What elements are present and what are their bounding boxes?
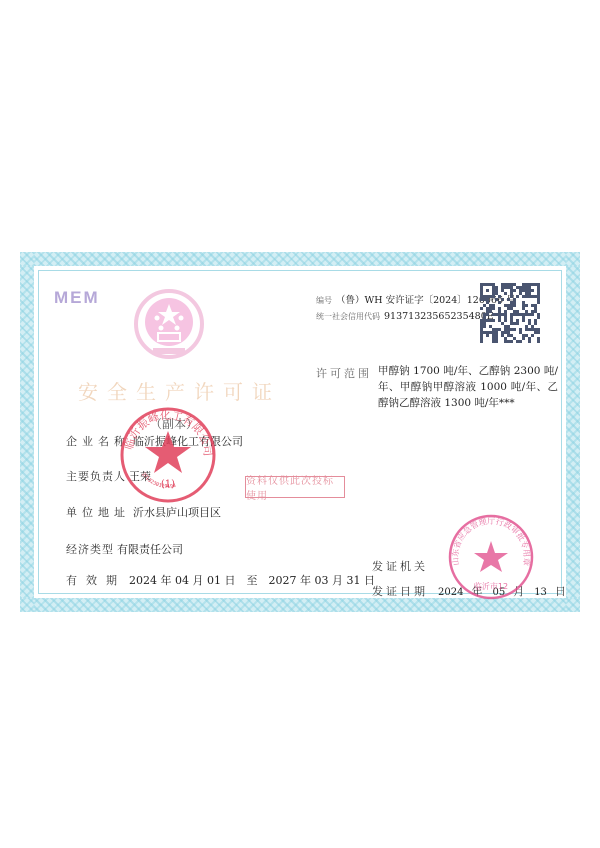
issuer-label: 发证机关 <box>372 558 428 574</box>
valid-to-separator: 至 <box>246 572 257 588</box>
brand-mark: MEM <box>54 288 100 308</box>
valid-from: 2024 年 04 月 01 日 <box>129 572 235 588</box>
valid-to: 2027 年 03 月 31 日 <box>268 572 374 588</box>
company-name-label: 企业名称 <box>66 433 130 449</box>
qr-code <box>480 282 540 344</box>
principal-label: 主要负责人 <box>66 468 126 484</box>
principal-row: 主要负责人 王荣 <box>66 468 151 484</box>
issue-year-unit: 年 <box>471 583 482 599</box>
address-row: 单位地址 沂水县庐山项目区 <box>66 504 221 520</box>
scope-text: 甲醇钠 1700 吨/年、乙醇钠 2300 吨/年、甲醇钠甲醇溶液 1000 吨… <box>378 363 558 411</box>
company-name-row: 企业名称 临沂振峰化工有限公司 <box>66 433 243 449</box>
validity-label: 有效期 <box>66 572 126 588</box>
certificate-number-label: 编号 <box>316 295 332 306</box>
certificate-title: 安全生产许可证 <box>78 376 281 405</box>
validity-row: 有效期 2024 年 04 月 01 日 至 2027 年 03 月 31 日 <box>66 572 375 588</box>
credit-code: 统一社会信用代码 91371323565235480E <box>316 311 494 322</box>
issue-year: 2024 <box>438 587 463 598</box>
copy-marker: （副本） <box>150 415 198 432</box>
issue-day-unit: 日 <box>555 583 566 599</box>
issue-day: 13 <box>534 587 547 598</box>
economic-type-value: 有限责任公司 <box>117 541 183 557</box>
economic-type-label: 经济类型 <box>66 541 114 557</box>
issue-month-unit: 月 <box>513 583 524 599</box>
issue-date-label: 发证日期 <box>372 583 428 599</box>
national-emblem-icon <box>131 288 207 364</box>
principal-value: 王荣 <box>129 468 151 484</box>
credit-code-value: 91371323565235480E <box>384 311 494 322</box>
company-name-value: 临沂振峰化工有限公司 <box>133 433 243 449</box>
economic-type-row: 经济类型 有限责任公司 <box>66 541 183 557</box>
credit-code-label: 统一社会信用代码 <box>316 311 380 322</box>
issue-month: 05 <box>492 587 505 598</box>
address-label: 单位地址 <box>66 504 130 520</box>
issue-date: 发证日期 2024 年 05 月 13 日 <box>372 583 576 599</box>
address-value: 沂水县庐山项目区 <box>133 504 221 520</box>
restriction-stamp: 资料仅供此次投标使用 <box>245 476 345 498</box>
scope-label: 许可范围 <box>316 365 372 381</box>
